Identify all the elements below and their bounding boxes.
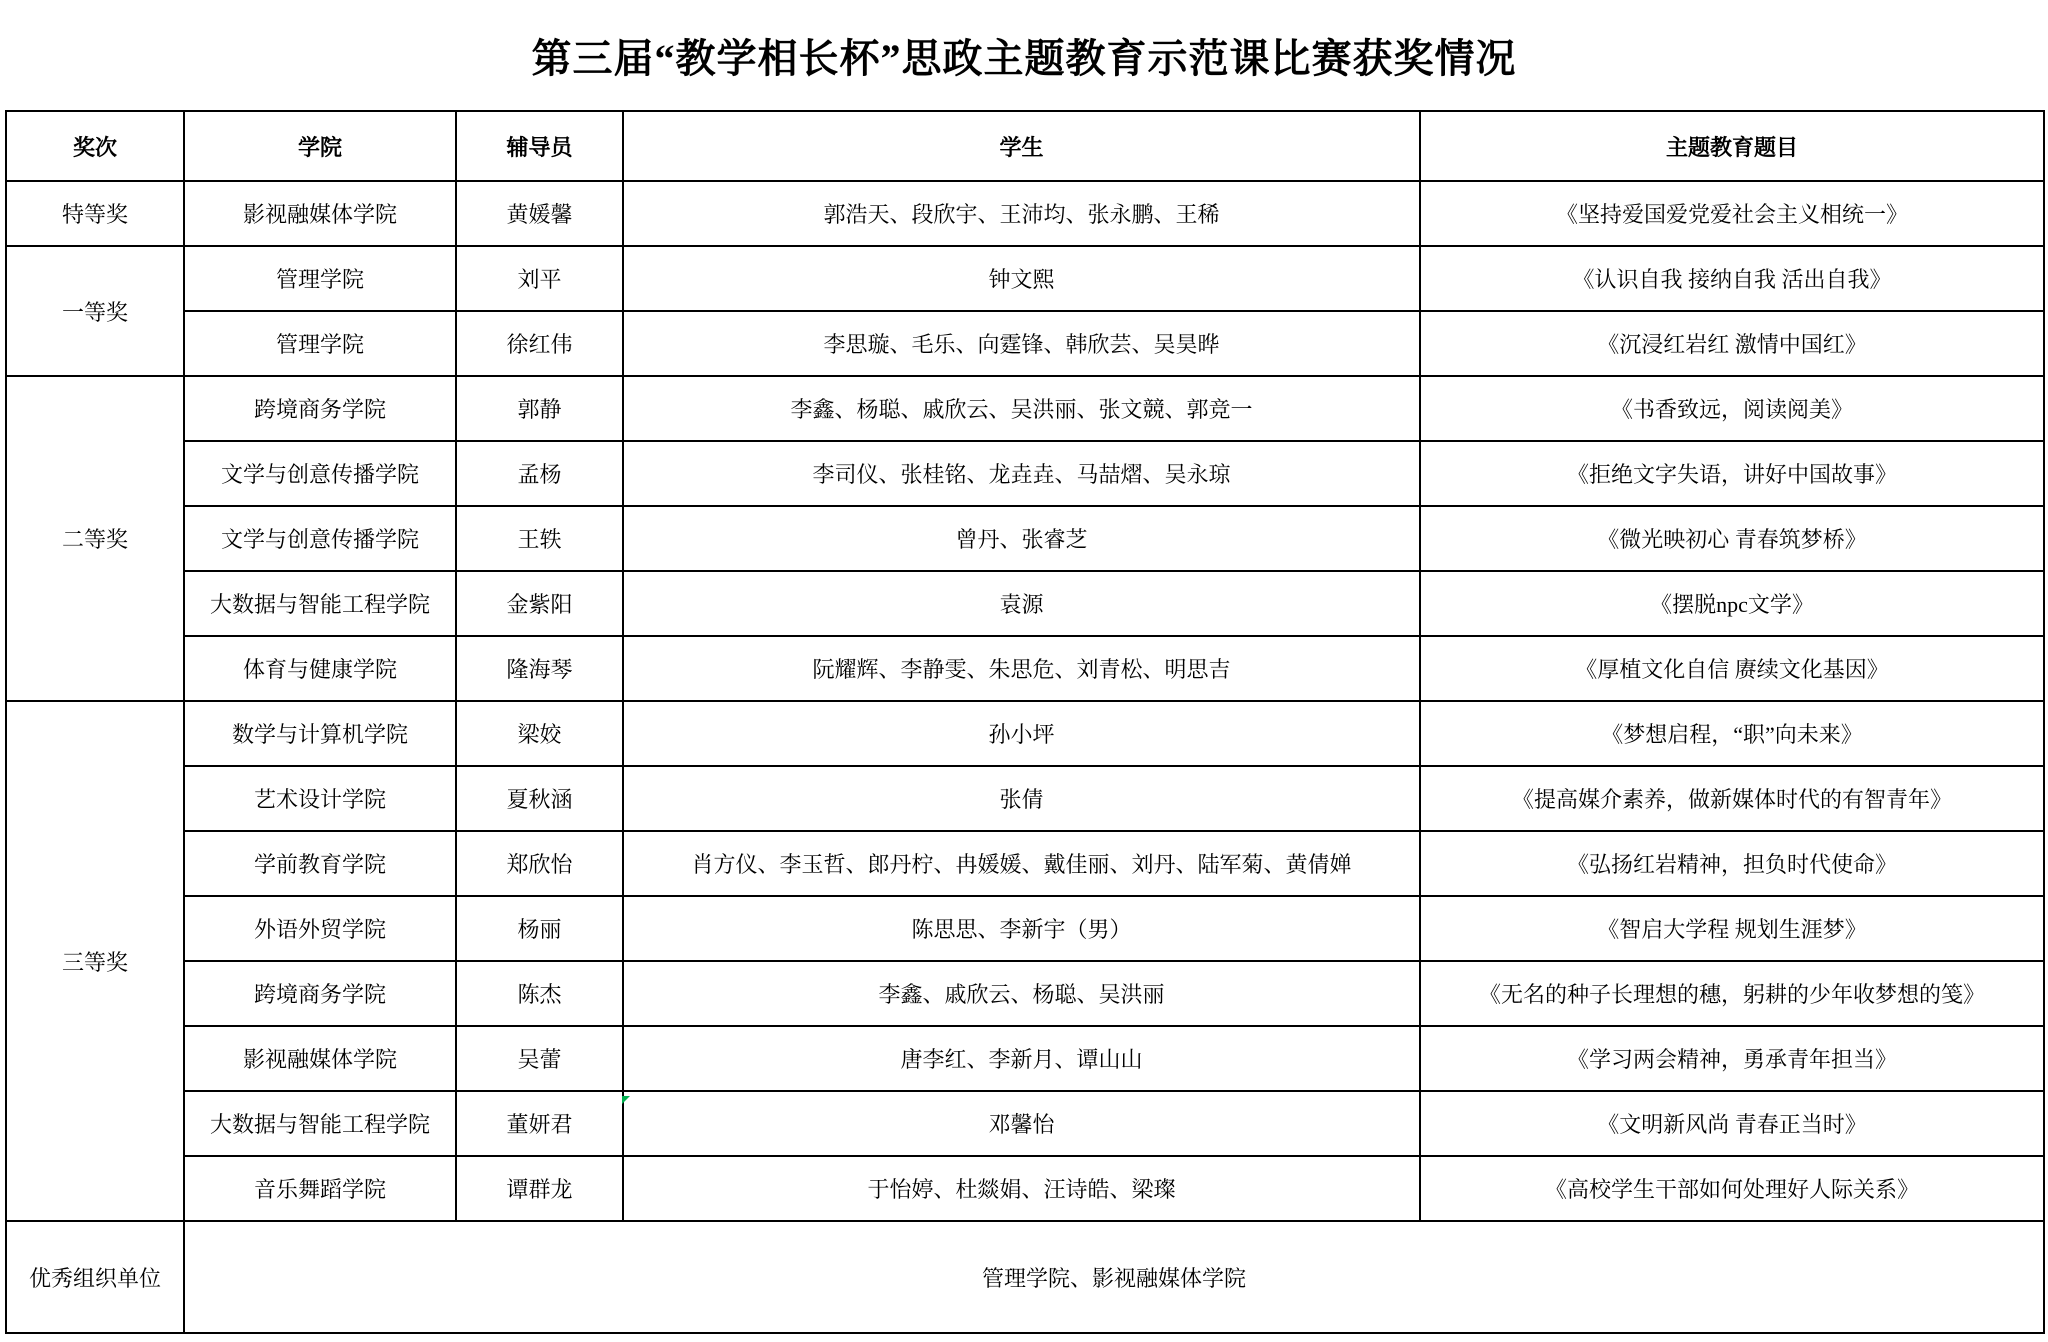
college-cell: 外语外贸学院 xyxy=(184,896,456,961)
college-cell: 大数据与智能工程学院 xyxy=(184,571,456,636)
topic-cell: 《沉浸红岩红 激情中国红》 xyxy=(1420,311,2044,376)
students-cell: 李思璇、毛乐、向霆锋、韩欣芸、吴昊晔 xyxy=(623,311,1420,376)
advisor-cell: 金紫阳 xyxy=(456,571,623,636)
title-bar: 第三届“教学相长杯”思政主题教育示范课比赛获奖情况 xyxy=(0,0,2048,110)
table-row: 一等奖 管理学院 刘平 钟文熙 《认识自我 接纳自我 活出自我》 xyxy=(6,246,2044,311)
college-cell: 大数据与智能工程学院 xyxy=(184,1091,456,1156)
table-row: 体育与健康学院 隆海琴 阮耀辉、李静雯、朱思危、刘青松、明思吉 《厚植文化自信 … xyxy=(6,636,2044,701)
award-cell: 一等奖 xyxy=(6,246,184,376)
students-cell: 于怡婷、杜燚娟、汪诗皓、梁璨 xyxy=(623,1156,1420,1221)
topic-cell: 《高校学生干部如何处理好人际关系》 xyxy=(1420,1156,2044,1221)
college-cell: 体育与健康学院 xyxy=(184,636,456,701)
header-award: 奖次 xyxy=(6,111,184,181)
header-college: 学院 xyxy=(184,111,456,181)
topic-cell: 《提高媒介素养，做新媒体时代的有智青年》 xyxy=(1420,766,2044,831)
advisor-cell: 郭静 xyxy=(456,376,623,441)
table-row: 音乐舞蹈学院 谭群龙 于怡婷、杜燚娟、汪诗皓、梁璨 《高校学生干部如何处理好人际… xyxy=(6,1156,2044,1221)
advisor-cell: 郑欣怡 xyxy=(456,831,623,896)
award-results-table: 奖次 学院 辅导员 学生 主题教育题目 特等奖 影视融媒体学院 黄媛馨 郭浩天、… xyxy=(5,110,2045,1334)
topic-cell: 《弘扬红岩精神，担负时代使命》 xyxy=(1420,831,2044,896)
college-cell: 音乐舞蹈学院 xyxy=(184,1156,456,1221)
table-row: 特等奖 影视融媒体学院 黄媛馨 郭浩天、段欣宇、王沛均、张永鹏、王稀 《坚持爱国… xyxy=(6,181,2044,246)
table-row: 影视融媒体学院 吴蕾 唐李红、李新月、谭山山 《学习两会精神，勇承青年担当》 xyxy=(6,1026,2044,1091)
college-cell: 数学与计算机学院 xyxy=(184,701,456,766)
topic-cell: 《智启大学程 规划生涯梦》 xyxy=(1420,896,2044,961)
college-cell: 管理学院 xyxy=(184,311,456,376)
college-cell: 跨境商务学院 xyxy=(184,961,456,1026)
advisor-cell: 徐红伟 xyxy=(456,311,623,376)
advisor-cell: 孟杨 xyxy=(456,441,623,506)
advisor-cell: 董妍君 xyxy=(456,1091,623,1156)
table-row: 文学与创意传播学院 王轶 曾丹、张睿芝 《微光映初心 青春筑梦桥》 xyxy=(6,506,2044,571)
table-row: 学前教育学院 郑欣怡 肖方仪、李玉哲、郎丹柠、冉媛媛、戴佳丽、刘丹、陆军菊、黄倩… xyxy=(6,831,2044,896)
college-cell: 文学与创意传播学院 xyxy=(184,441,456,506)
topic-cell: 《微光映初心 青春筑梦桥》 xyxy=(1420,506,2044,571)
college-cell: 影视融媒体学院 xyxy=(184,1026,456,1091)
students-cell: 李鑫、戚欣云、杨聪、吴洪丽 xyxy=(623,961,1420,1026)
header-advisor: 辅导员 xyxy=(456,111,623,181)
college-cell: 学前教育学院 xyxy=(184,831,456,896)
award-cell: 特等奖 xyxy=(6,181,184,246)
topic-cell: 《无名的种子长理想的穗，躬耕的少年收梦想的笺》 xyxy=(1420,961,2044,1026)
students-cell: 陈思思、李新宇（男） xyxy=(623,896,1420,961)
advisor-cell: 隆海琴 xyxy=(456,636,623,701)
table-row: 艺术设计学院 夏秋涵 张倩 《提高媒介素养，做新媒体时代的有智青年》 xyxy=(6,766,2044,831)
students-cell: 钟文熙 xyxy=(623,246,1420,311)
header-row: 奖次 学院 辅导员 学生 主题教育题目 xyxy=(6,111,2044,181)
header-topic: 主题教育题目 xyxy=(1420,111,2044,181)
header-students: 学生 xyxy=(623,111,1420,181)
students-cell: 唐李红、李新月、谭山山 xyxy=(623,1026,1420,1091)
students-cell: 李鑫、杨聪、戚欣云、吴洪丽、张文競、郭竞一 xyxy=(623,376,1420,441)
advisor-cell: 夏秋涵 xyxy=(456,766,623,831)
students-cell: 邓馨怡 xyxy=(623,1091,1420,1156)
advisor-cell: 刘平 xyxy=(456,246,623,311)
topic-cell: 《书香致远，阅读阅美》 xyxy=(1420,376,2044,441)
topic-cell: 《认识自我 接纳自我 活出自我》 xyxy=(1420,246,2044,311)
advisor-cell: 谭群龙 xyxy=(456,1156,623,1221)
topic-cell: 《厚植文化自信 赓续文化基因》 xyxy=(1420,636,2044,701)
advisor-cell: 梁姣 xyxy=(456,701,623,766)
topic-cell: 《摆脱npc文学》 xyxy=(1420,571,2044,636)
footer-row: 优秀组织单位 管理学院、影视融媒体学院 xyxy=(6,1221,2044,1333)
page-title: 第三届“教学相长杯”思政主题教育示范课比赛获奖情况 xyxy=(532,27,1517,84)
advisor-cell: 王轶 xyxy=(456,506,623,571)
footer-label-cell: 优秀组织单位 xyxy=(6,1221,184,1333)
college-cell: 艺术设计学院 xyxy=(184,766,456,831)
students-cell: 袁源 xyxy=(623,571,1420,636)
table-row: 大数据与智能工程学院 董妍君 邓馨怡 《文明新风尚 青春正当时》 xyxy=(6,1091,2044,1156)
college-cell: 文学与创意传播学院 xyxy=(184,506,456,571)
table-row: 二等奖 跨境商务学院 郭静 李鑫、杨聪、戚欣云、吴洪丽、张文競、郭竞一 《书香致… xyxy=(6,376,2044,441)
cell-comment-marker-icon xyxy=(622,1096,630,1104)
college-cell: 管理学院 xyxy=(184,246,456,311)
students-cell: 郭浩天、段欣宇、王沛均、张永鹏、王稀 xyxy=(623,181,1420,246)
students-cell: 李司仪、张桂铭、龙垚垚、马喆熠、吴永琼 xyxy=(623,441,1420,506)
table-row: 文学与创意传播学院 孟杨 李司仪、张桂铭、龙垚垚、马喆熠、吴永琼 《拒绝文字失语… xyxy=(6,441,2044,506)
advisor-cell: 吴蕾 xyxy=(456,1026,623,1091)
topic-cell: 《文明新风尚 青春正当时》 xyxy=(1420,1091,2044,1156)
topic-cell: 《学习两会精神，勇承青年担当》 xyxy=(1420,1026,2044,1091)
table-row: 大数据与智能工程学院 金紫阳 袁源 《摆脱npc文学》 xyxy=(6,571,2044,636)
topic-cell: 《拒绝文字失语，讲好中国故事》 xyxy=(1420,441,2044,506)
students-cell: 孙小坪 xyxy=(623,701,1420,766)
advisor-cell: 杨丽 xyxy=(456,896,623,961)
topic-cell: 《梦想启程，“职”向未来》 xyxy=(1420,701,2044,766)
award-cell: 二等奖 xyxy=(6,376,184,701)
table-row: 三等奖 数学与计算机学院 梁姣 孙小坪 《梦想启程，“职”向未来》 xyxy=(6,701,2044,766)
advisor-cell: 黄媛馨 xyxy=(456,181,623,246)
college-cell: 跨境商务学院 xyxy=(184,376,456,441)
topic-cell: 《坚持爱国爱党爱社会主义相统一》 xyxy=(1420,181,2044,246)
table-row: 管理学院 徐红伟 李思璇、毛乐、向霆锋、韩欣芸、吴昊晔 《沉浸红岩红 激情中国红… xyxy=(6,311,2044,376)
students-cell: 张倩 xyxy=(623,766,1420,831)
students-cell: 肖方仪、李玉哲、郎丹柠、冉媛媛、戴佳丽、刘丹、陆军菊、黄倩婵 xyxy=(623,831,1420,896)
table-row: 外语外贸学院 杨丽 陈思思、李新宇（男） 《智启大学程 规划生涯梦》 xyxy=(6,896,2044,961)
footer-value-cell: 管理学院、影视融媒体学院 xyxy=(184,1221,2044,1333)
college-cell: 影视融媒体学院 xyxy=(184,181,456,246)
table-row: 跨境商务学院 陈杰 李鑫、戚欣云、杨聪、吴洪丽 《无名的种子长理想的穗，躬耕的少… xyxy=(6,961,2044,1026)
students-cell: 曾丹、张睿芝 xyxy=(623,506,1420,571)
advisor-cell: 陈杰 xyxy=(456,961,623,1026)
award-cell: 三等奖 xyxy=(6,701,184,1221)
students-cell: 阮耀辉、李静雯、朱思危、刘青松、明思吉 xyxy=(623,636,1420,701)
